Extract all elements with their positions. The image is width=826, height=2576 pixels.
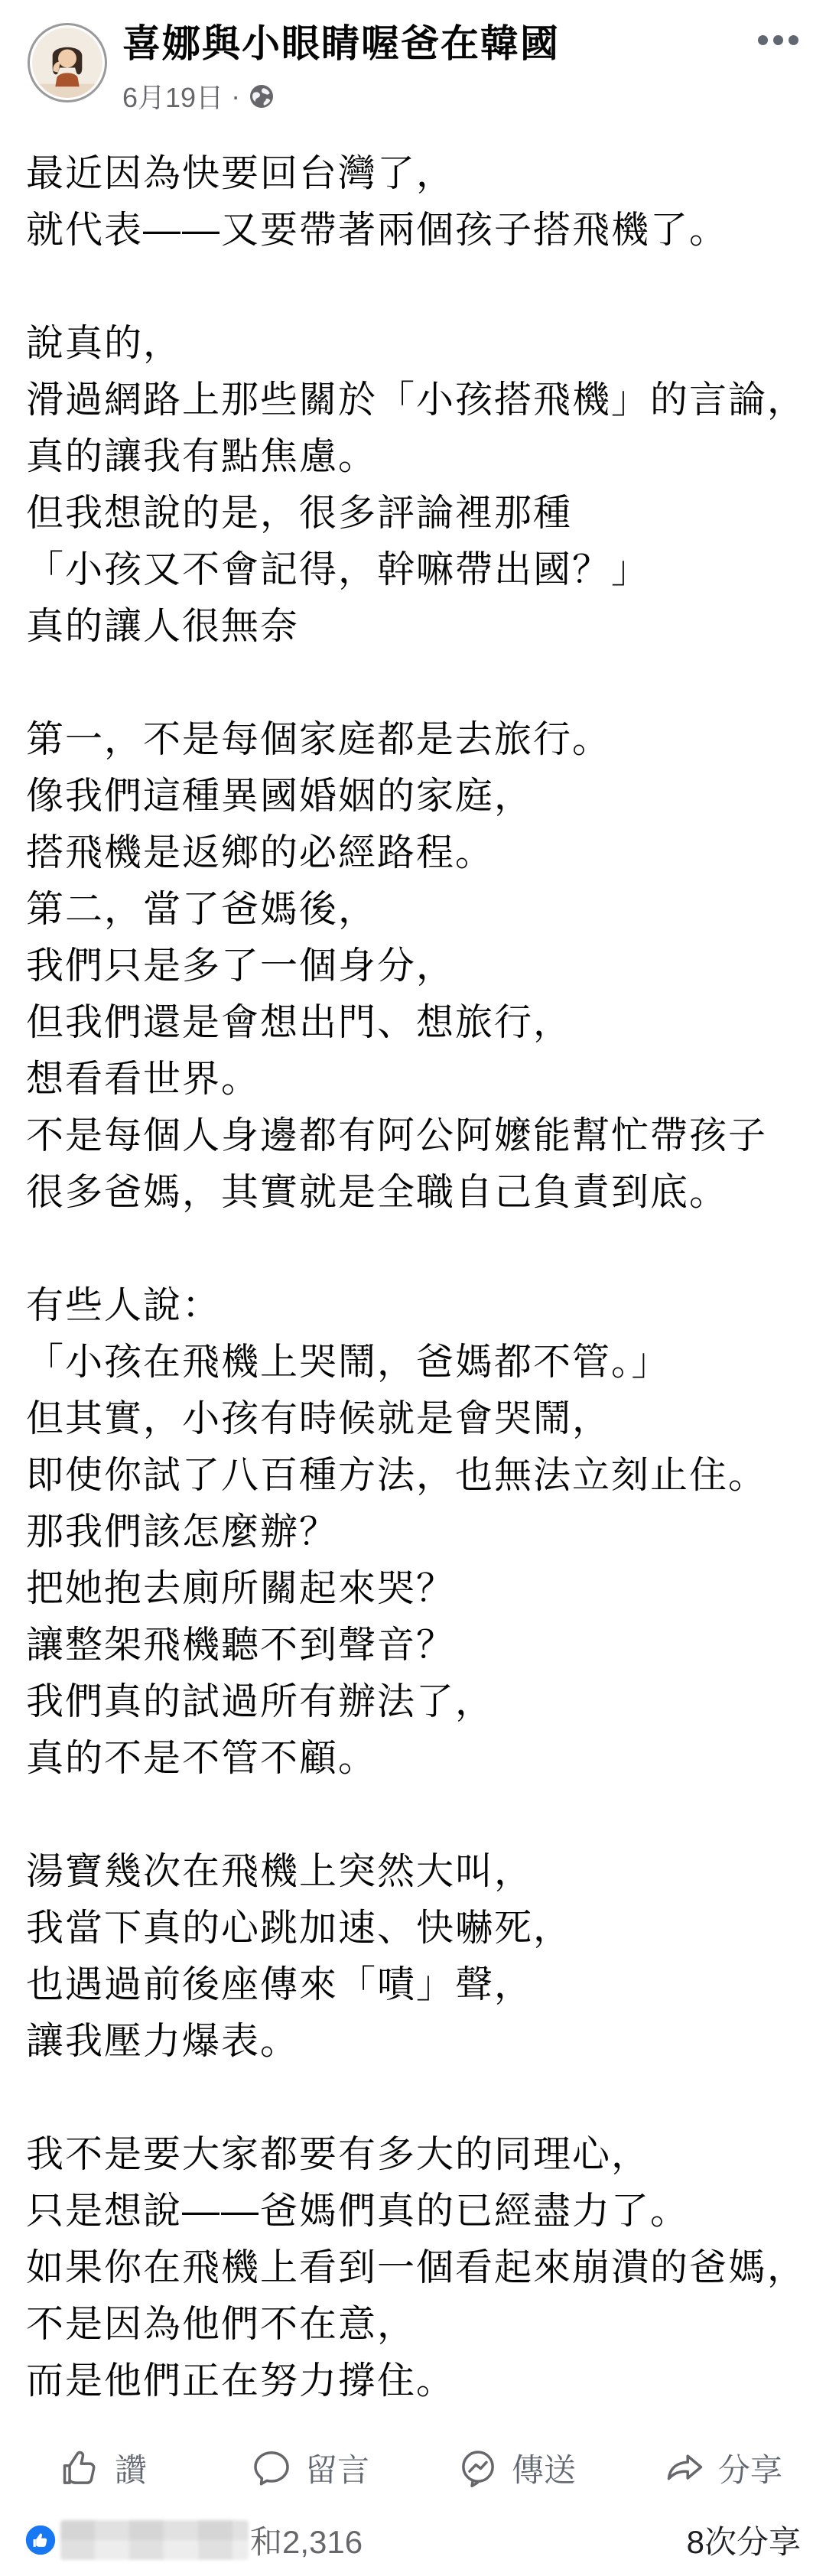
post-line: 如果你在飛機上看到一個看起來崩潰的爸媽， [26,2239,806,2296]
post-content: 最近因為快要回台灣了， 就代表——又要帶著兩個孩子搭飛機了。 說真的， 滑過網路… [26,145,806,2409]
comment-bubble-icon [250,2447,293,2490]
globe-icon [248,83,275,110]
date-separator: · [231,80,240,112]
post-line: 真的讓我有點焦慮。 [26,428,806,485]
post-line: 把她抱去廁所關起來哭？ [26,1560,806,1617]
send-button[interactable]: 傳送 [413,2445,619,2491]
reaction-summary: 和2,316 8次分享 [25,2518,801,2562]
post-line: 第二，當了爸媽後， [26,881,806,938]
post-line: 而是他們正在努力撐住。 [26,2353,806,2409]
post-line: 我當下真的心跳加速、快嚇死， [26,1900,806,1956]
post-line: 不是每個人身邊都有阿公阿嬤能幫忙帶孩子 [26,1107,806,1164]
share-count[interactable]: 8次分享 [687,2517,801,2563]
paragraph: 最近因為快要回台灣了， 就代表——又要帶著兩個孩子搭飛機了。 [26,145,806,259]
post-line: 搭飛機是返鄉的必經路程。 [26,825,806,881]
reaction-count[interactable]: 和2,316 [250,2517,363,2563]
paragraph: 我不是要大家都要有多大的同理心， 只是想說——爸媽們真的已經盡力了。 如果你在飛… [26,2126,806,2409]
avatar[interactable] [28,23,107,102]
send-label: 傳送 [512,2445,576,2491]
post-line: 讓整架飛機聽不到聲音？ [26,1617,806,1673]
action-bar: 讚 留言 傳送 分享 [0,2435,826,2501]
avatar-image [32,28,102,98]
comment-label: 留言 [305,2445,369,2491]
like-button[interactable]: 讚 [0,2445,206,2491]
paragraph: 湯寶幾次在飛機上突然大叫， 我當下真的心跳加速、快嚇死， 也遇過前後座傳來「嘖」… [26,1843,806,2070]
post-line: 很多爸媽，其實就是全職自己負責到底。 [26,1164,806,1221]
post-line: 那我們該怎麼辦？ [26,1504,806,1560]
thumbs-up-outline-icon [60,2447,102,2490]
paragraph: 說真的， 滑過網路上那些關於「小孩搭飛機」的言論， 真的讓我有點焦慮。 但我想說… [26,315,806,655]
post-line: 想看看世界。 [26,1051,806,1107]
share-arrow-icon [663,2447,706,2490]
like-label: 讚 [115,2445,147,2491]
ellipsis-icon [758,35,768,45]
post-line: 讓我壓力爆表。 [26,2013,806,2070]
post-line: 但其實，小孩有時候就是會哭鬧， [26,1390,806,1447]
post-line: 真的不是不管不顧。 [26,1730,806,1787]
share-label: 分享 [718,2445,782,2491]
post-line: 最近因為快要回台灣了， [26,145,806,202]
post-line: 我們只是多了一個身分， [26,938,806,994]
post-line: 有些人說： [26,1277,806,1334]
paragraph: 第一，不是每個家庭都是去旅行。 像我們這種異國婚姻的家庭， 搭飛機是返鄉的必經路… [26,711,806,1221]
post-line: 即使你試了八百種方法，也無法立刻止住。 [26,1447,806,1504]
post-line: 湯寶幾次在飛機上突然大叫， [26,1843,806,1900]
post-line: 我們真的試過所有辦法了， [26,1673,806,1730]
page-name[interactable]: 喜娜與小眼睛喔爸在韓國 [122,21,560,66]
paragraph: 有些人說： 「小孩在飛機上哭鬧，爸媽都不管。」 但其實，小孩有時候就是會哭鬧， … [26,1277,806,1787]
thumbs-up-icon[interactable] [25,2525,56,2555]
post-line: 但我們還是會想出門、想旅行， [26,994,806,1051]
post-line: 像我們這種異國婚姻的家庭， [26,768,806,825]
post-line: 就代表——又要帶著兩個孩子搭飛機了。 [26,202,806,259]
share-button[interactable]: 分享 [619,2445,826,2491]
comment-button[interactable]: 留言 [206,2445,413,2491]
post-line: 「小孩又不會記得，幹嘛帶出國？」 [26,542,806,598]
post-line: 滑過網路上那些關於「小孩搭飛機」的言論， [26,372,806,428]
blurred-name [60,2520,249,2560]
post-line: 「小孩在飛機上哭鬧，爸媽都不管。」 [26,1334,806,1390]
more-options-button[interactable] [753,31,803,50]
messenger-icon [457,2447,499,2490]
post-line: 我不是要大家都要有多大的同理心， [26,2126,806,2183]
post-date[interactable]: 6月19日 [122,76,223,115]
post-line: 第一，不是每個家庭都是去旅行。 [26,711,806,768]
post-line: 說真的， [26,315,806,372]
post-line: 只是想說——爸媽們真的已經盡力了。 [26,2183,806,2239]
post-header: 喜娜與小眼睛喔爸在韓國 6月19日 · [28,21,805,121]
post-line: 不是因為他們不在意， [26,2296,806,2353]
post-line: 真的讓人很無奈 [26,598,806,655]
post-line: 但我想說的是，很多評論裡那種 [26,485,806,542]
post-line: 也遇過前後座傳來「嘖」聲， [26,1956,806,2013]
